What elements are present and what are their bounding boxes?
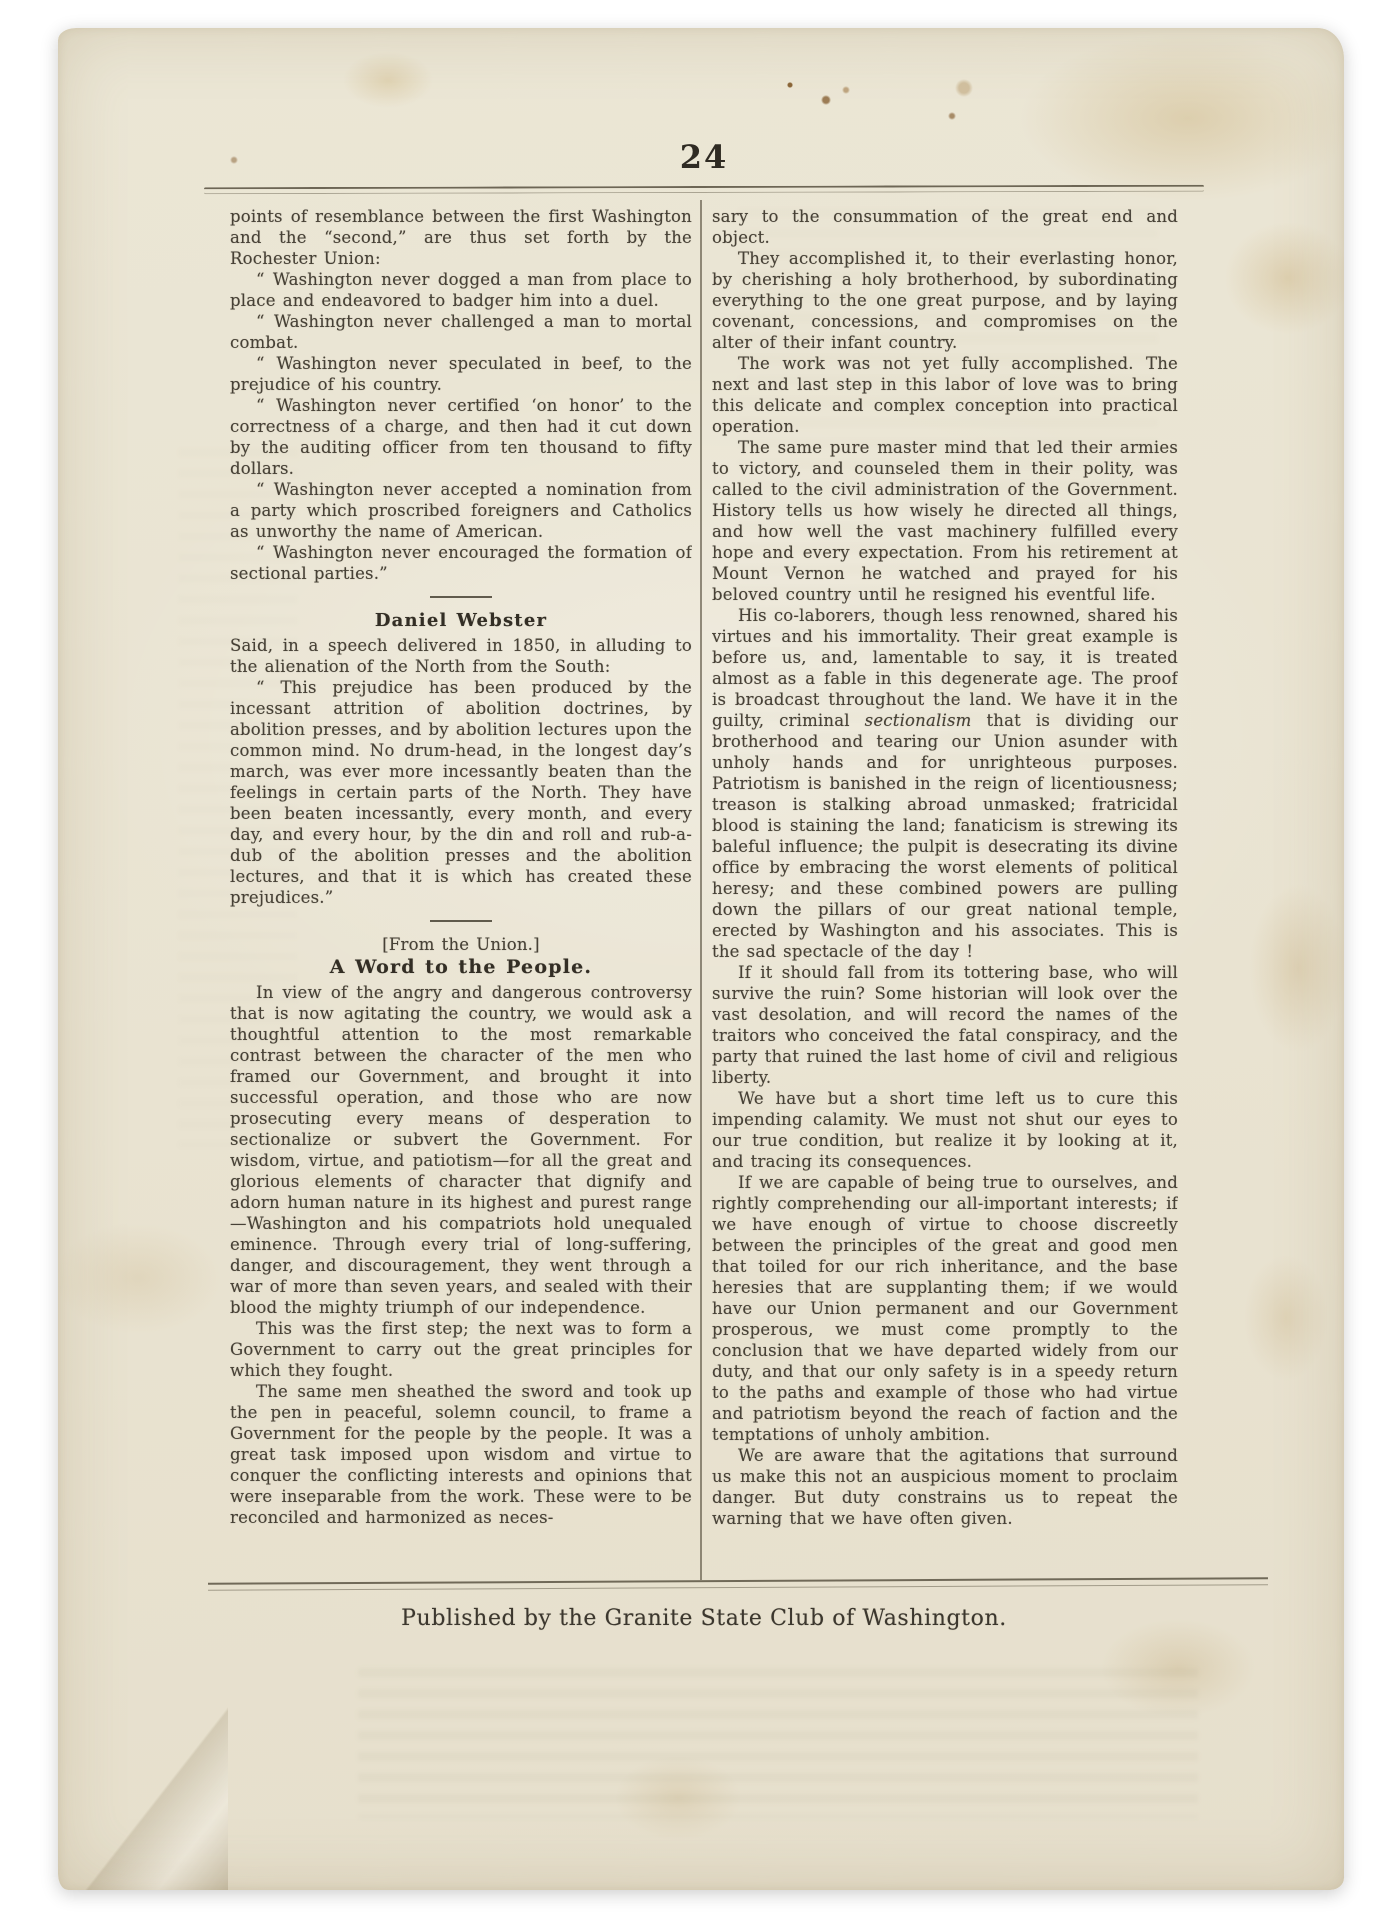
paragraph: They accomplished it, to their everlasti… [712,248,1178,353]
paragraph: points of resemblance between the first … [230,206,692,269]
scanned-pamphlet-page: 24 points of resemblance between the fir… [0,0,1396,1920]
paper-sheet: 24 points of resemblance between the fir… [58,28,1344,1890]
webster-heading: Daniel Webster [230,610,692,631]
right-column: sary to the consummation of the great en… [712,206,1178,1574]
quote-paragraph: “ Washington never dogged a man from pla… [230,269,692,311]
publisher-imprint: Published by the Granite State Club of W… [230,1606,1178,1631]
section-divider-rule [430,596,492,598]
paragraph: The work was not yet fully accomplished.… [712,353,1178,437]
paragraph: sary to the consummation of the great en… [712,206,1178,248]
paragraph: In view of the angry and dangerous contr… [230,982,692,1318]
left-column: points of resemblance between the first … [230,206,692,1574]
quote-paragraph: “ Washington never speculated in beef, t… [230,353,692,395]
paragraph: If we are capable of being true to ourse… [712,1172,1178,1445]
paragraph: If it should fall from its tottering bas… [712,962,1178,1088]
quote-paragraph: “ Washington never challenged a man to m… [230,311,692,353]
paragraph: This was the first step; the next was to… [230,1318,692,1381]
paragraph-text: that is dividing our brotherhood and tea… [712,711,1178,961]
paragraph: We have but a short time left us to cure… [712,1088,1178,1172]
paragraph: Said, in a speech delivered in 1850, in … [230,635,692,677]
quote-paragraph: “ Washington never encouraged the format… [230,542,692,584]
quote-paragraph: “ This prejudice has been produced by th… [230,677,692,908]
italic-word: sectionalism [865,711,972,730]
paragraph: The same pure master mind that led their… [712,437,1178,605]
source-attribution: [From the Union.] [230,934,692,955]
quote-paragraph: “ Washington never accepted a nomination… [230,479,692,542]
text-columns: points of resemblance between the first … [230,200,1178,1580]
paragraph: We are aware that the agitations that su… [712,1445,1178,1529]
paragraph-with-italic: His co-laborers, though less renowned, s… [712,605,1178,962]
paragraph: The same men sheathed the sword and took… [230,1381,692,1528]
section-divider-rule [430,920,492,922]
header-rule [204,185,1204,195]
page-number: 24 [230,138,1178,176]
quote-paragraph: “ Washington never certified ‘on honor’ … [230,395,692,479]
column-divider-rule [700,200,702,1580]
printed-area: 24 points of resemblance between the fir… [230,28,1178,1890]
article-heading: A Word to the People. [230,957,692,978]
corner-fold-crease [58,1700,228,1890]
